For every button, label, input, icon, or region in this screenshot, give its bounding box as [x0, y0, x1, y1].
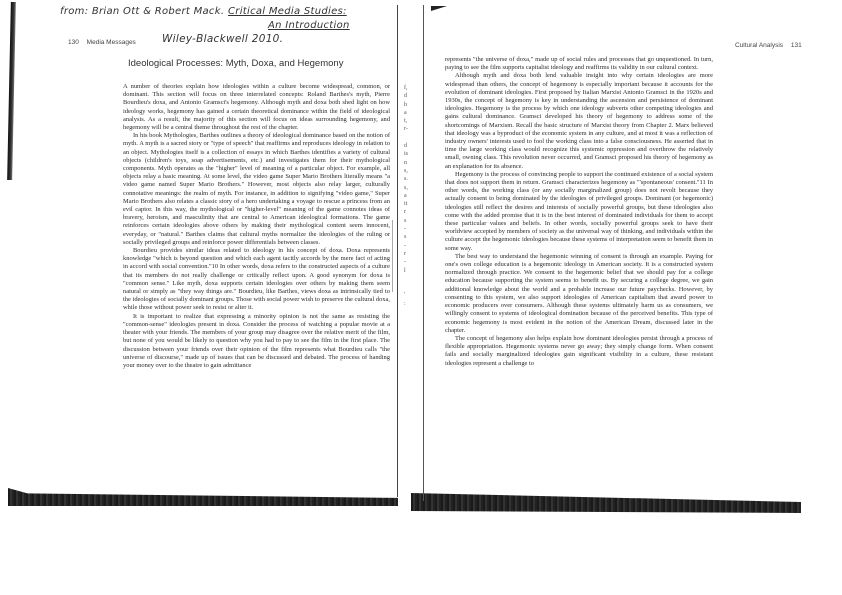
annotation-from: from: Brian Ott & Robert Mack. — [60, 6, 224, 17]
gutter-char: : — [404, 300, 414, 308]
paragraph: The best way to understand the hegemonic… — [445, 253, 713, 335]
gutter-char: ' — [404, 291, 414, 299]
gutter-char: s — [404, 233, 414, 241]
gutter-char: n — [404, 159, 414, 167]
gutter-char: it — [404, 200, 414, 208]
gutter-char: - — [404, 225, 414, 233]
left-running-head-title: Media Messages — [87, 39, 136, 46]
right-running-head-title: Cultural Analysis — [735, 42, 783, 49]
gutter-char: a — [404, 109, 414, 117]
gutter-char: a — [404, 192, 414, 200]
gutter-char: d — [404, 92, 414, 100]
gutter-char: h — [404, 101, 414, 109]
gutter-char — [404, 283, 414, 291]
paragraph: It is important to realize that expressi… — [123, 313, 390, 370]
gutter-char: s — [404, 217, 414, 225]
gutter-char: r — [404, 250, 414, 258]
gutter-char: - — [404, 258, 414, 266]
gutter-char: r- — [404, 125, 414, 133]
gutter-flag — [431, 6, 447, 11]
paragraph: The concept of hegemony also helps expla… — [445, 335, 713, 368]
gutter-char: - — [404, 242, 414, 250]
gutter-char: r — [404, 208, 414, 216]
gutter-char — [404, 275, 414, 283]
scan-edge-left — [7, 2, 16, 180]
gutter-char: s, — [404, 184, 414, 192]
margin-bar — [392, 220, 393, 292]
annotation-book-subtitle: An Introduction — [268, 20, 350, 31]
gutter-char: t, — [404, 117, 414, 125]
annotation-publisher: Wiley-Blackwell 2010. — [162, 33, 283, 45]
paragraph: A number of theories explain how ideolog… — [123, 83, 390, 132]
right-running-head: Cultural Analysis 131 — [735, 42, 802, 49]
left-running-head: 130 Media Messages — [68, 39, 136, 46]
paragraph: represents "the universe of doxa," made … — [445, 56, 713, 72]
gutter-char: d — [404, 142, 414, 150]
paragraph: Although myth and doxa both lend valuabl… — [445, 72, 713, 170]
annotation-book-title: Critical Media Studies: — [228, 6, 347, 17]
left-page-body: A number of theories explain how ideolog… — [123, 83, 390, 370]
left-page-number: 130 — [68, 39, 79, 46]
gutter-char: l — [404, 267, 414, 275]
section-title: Ideological Processes: Myth, Doxa, and H… — [128, 58, 343, 69]
paragraph: In his book Mythologies, Barthes outline… — [123, 132, 390, 247]
right-page-body: represents "the universe of doxa," made … — [445, 56, 713, 368]
scan-shadow-bottom-left — [8, 488, 398, 506]
paragraph: Bourdieu provides similar ideas related … — [123, 247, 390, 313]
gutter-char: is — [404, 150, 414, 158]
scan-shadow-bottom-right — [411, 493, 801, 513]
gutter-char: s. — [404, 175, 414, 183]
gutter-bleed-characters: f, d h a t, r- d is n s, s. s, a it r s … — [404, 84, 414, 308]
gutter-char: f, — [404, 84, 414, 92]
gutter-char — [404, 134, 414, 142]
gutter-char: s, — [404, 167, 414, 175]
gutter-line-right — [423, 5, 424, 501]
paragraph: Hegemony is the process of convincing pe… — [445, 171, 713, 253]
gutter-line-left — [397, 5, 398, 497]
right-page-number: 131 — [791, 42, 802, 49]
